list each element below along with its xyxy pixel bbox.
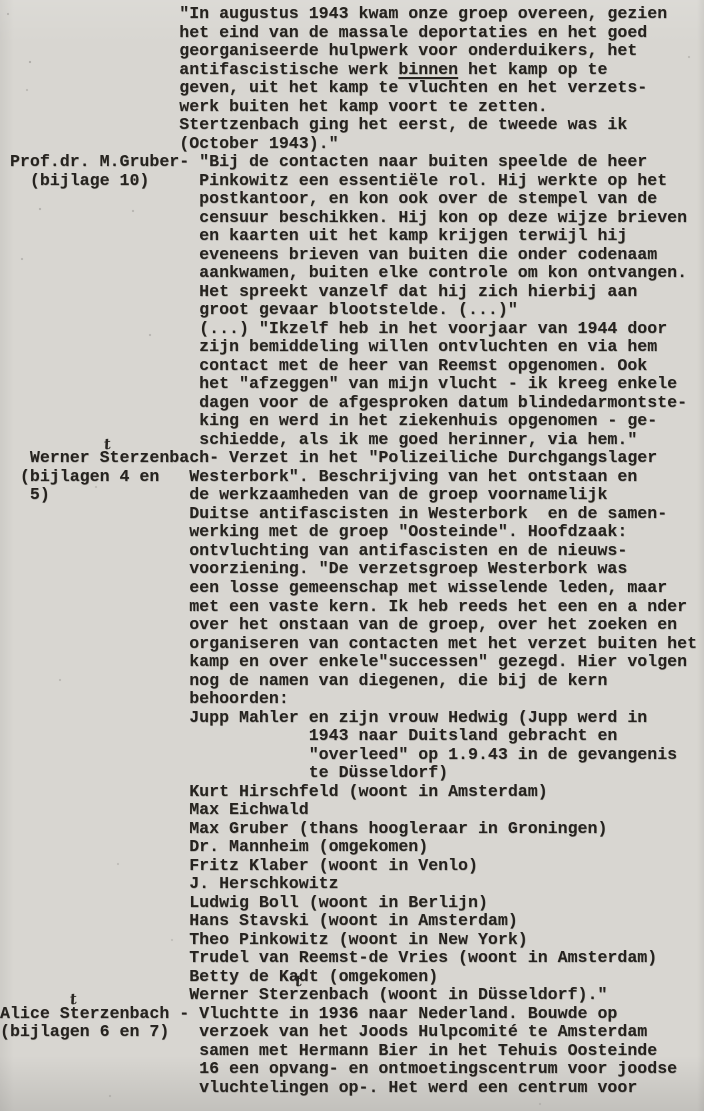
text-line: "In augustus 1943 kwam onze groep overee… <box>0 5 704 24</box>
text-line: samen met Hermann Bier in het Tehuis Oos… <box>0 1042 704 1061</box>
text-segment: georganiseerde hulpwerk voor onderduiker… <box>0 41 637 60</box>
text-segment: Jupp Mahler en zijn vrouw Hedwig (Jupp w… <box>0 708 647 727</box>
text-segment: J. Herschkowitz <box>0 874 339 893</box>
text-line: Jupp Mahler en zijn vrouw Hedwig (Jupp w… <box>0 709 704 728</box>
text-line: Hans Stavski (woont in Amsterdam) <box>0 912 704 931</box>
text-line: "overleed" op 1.9.43 in de gevangenis <box>0 746 704 765</box>
text-segment: aankwamen, buiten elke controle om kon o… <box>0 263 687 282</box>
text-segment: en kaarten uit het kamp krijgen terwijl … <box>0 226 627 245</box>
text-segment: king en werd in het ziekenhuis opgenomen… <box>0 411 657 430</box>
text-line: Dr. Mannheim (omgekomen) <box>0 838 704 857</box>
text-segment: Trudel van Reemst-de Vries (woont in Ams… <box>0 948 657 967</box>
text-segment: Het spreekt vanzelf dat hij zich hierbij… <box>0 282 637 301</box>
text-line: Alice Sterzenbach - Vluchtte in 1936 naa… <box>0 1005 704 1024</box>
text-line: J. Herschkowitz <box>0 875 704 894</box>
text-segment: Theo Pinkowitz (woont in New York) <box>0 930 528 949</box>
text-segment: (bijlagen 6 en 7) verzoek van het Joods … <box>0 1022 647 1041</box>
text-line: Theo Pinkowitz (woont in New York) <box>0 931 704 950</box>
text-line: te Düsseldorf) <box>0 764 704 783</box>
text-line: werking met de groep "Oosteinde". Hoofdz… <box>0 523 704 542</box>
text-segment: nog de namen van diegenen, die bij de ke… <box>0 671 607 690</box>
text-line: Het spreekt vanzelf dat hij zich hierbij… <box>0 283 704 302</box>
text-segment: het eind van de massale deportaties en h… <box>0 23 647 42</box>
text-segment: Duitse antifascisten in Westerbork en de… <box>0 504 667 523</box>
text-line: georganiseerde hulpwerk voor onderduiker… <box>0 42 704 61</box>
text-segment: Ludwig Boll (woont in Berlijn) <box>0 893 488 912</box>
text-line: met een vaste kern. Ik heb reeds het een… <box>0 598 704 617</box>
text-segment: "overleed" op 1.9.43 in de gevangenis <box>0 745 677 764</box>
text-line: het "afzeggen" van mijn vlucht - ik kree… <box>0 375 704 394</box>
text-line: contact met de heer van Reemst opgenomen… <box>0 357 704 376</box>
text-segment: ontvluchting van antifascisten en de nie… <box>0 541 627 560</box>
text-segment: Werner Sterzenbach (woont in Düsseldorf)… <box>0 985 607 1004</box>
text-line: ontvluchting van antifascisten en de nie… <box>0 542 704 561</box>
text-segment: kamp en over enkele"successen" gezegd. H… <box>0 652 687 671</box>
text-line: geven, uit het kamp te vluchten en het v… <box>0 79 704 98</box>
text-segment: behoorden: <box>0 689 289 708</box>
text-segment: contact met de heer van Reemst opgenomen… <box>0 356 647 375</box>
text-line: organiseren van contacten met het verzet… <box>0 635 704 654</box>
text-line: Prof.dr. M.Gruber- "Bij de contacten naa… <box>0 153 704 172</box>
text-line: Max Gruber (thans hoogleraar in Groninge… <box>0 820 704 839</box>
document-scan-page: "In augustus 1943 kwam onze groep overee… <box>0 0 704 1111</box>
text-segment: voorziening. "De verzetsgroep Westerbork… <box>0 559 627 578</box>
text-segment: 5) de werkzaamheden van de groep voornam… <box>0 485 607 504</box>
text-segment: Hans Stavski (woont in Amsterdam) <box>0 911 518 930</box>
text-segment: (...) "Ikzelf heb in het voorjaar van 19… <box>0 319 667 338</box>
text-line: Max Eichwald <box>0 801 704 820</box>
text-line: antifascistische werk binnen het kamp op… <box>0 61 704 80</box>
text-segment: Fritz Klaber (woont in Venlo) <box>0 856 478 875</box>
text-segment: samen met Hermann Bier in het Tehuis Oos… <box>0 1041 657 1060</box>
text-segment: postkantoor, en kon ook over de stempel … <box>0 189 657 208</box>
text-segment: een losse gemeenschap met wisselende led… <box>0 578 667 597</box>
text-segment: werking met de groep "Oosteinde". Hoofdz… <box>0 522 627 541</box>
text-line: kamp en over enkele"successen" gezegd. H… <box>0 653 704 672</box>
text-line: (bijlage 10) Pinkowitz een essentiële ro… <box>0 172 704 191</box>
text-segment: Max Eichwald <box>0 800 309 819</box>
text-line: Kurt Hirschfeld (woont in Amsterdam) <box>0 783 704 802</box>
text-segment: Kurt Hirschfeld (woont in Amsterdam) <box>0 782 548 801</box>
text-segment: (October 1943)." <box>0 134 339 153</box>
text-line: Duitse antifascisten in Westerbork en de… <box>0 505 704 524</box>
text-line: Betty de Kadt (omgekomen) <box>0 968 704 987</box>
underlined-word: binnen <box>398 60 458 79</box>
text-line: Stertzenbach ging het eerst, de tweede w… <box>0 116 704 135</box>
text-segment: geven, uit het kamp te vluchten en het v… <box>0 78 647 97</box>
text-segment: organiseren van contacten met het verzet… <box>0 634 697 653</box>
text-line: Fritz Klaber (woont in Venlo) <box>0 857 704 876</box>
text-segment: Werner Sterzenbach- Verzet in het "Poliz… <box>0 448 657 467</box>
text-segment: Betty de Kadt (omgekomen) <box>0 967 438 986</box>
text-segment: werk buiten het kamp voort te zetten. <box>0 97 548 116</box>
text-line: werk buiten het kamp voort te zetten. <box>0 98 704 117</box>
text-segment: het kamp op te <box>458 60 607 79</box>
text-segment: censuur beschikken. Hij kon op deze wijz… <box>0 208 687 227</box>
text-segment: vluchtelingen op-. Het werd een centrum … <box>0 1078 637 1097</box>
text-segment: groot gevaar blootstelde. (...)" <box>0 300 518 319</box>
text-segment: "In augustus 1943 kwam onze groep overee… <box>0 4 667 23</box>
text-line: voorziening. "De verzetsgroep Westerbork… <box>0 560 704 579</box>
text-line: censuur beschikken. Hij kon op deze wijz… <box>0 209 704 228</box>
text-segment: 16 een opvang- en ontmoetingscentrum voo… <box>0 1059 677 1078</box>
typewriter-text: "In augustus 1943 kwam onze groep overee… <box>0 5 704 1097</box>
text-line: (...) "Ikzelf heb in het voorjaar van 19… <box>0 320 704 339</box>
text-segment: Alice Sterzenbach - Vluchtte in 1936 naa… <box>0 1004 617 1023</box>
text-segment: Max Gruber (thans hoogleraar in Groninge… <box>0 819 607 838</box>
text-segment: Prof.dr. M.Gruber- "Bij de contacten naa… <box>0 152 647 171</box>
text-line: Trudel van Reemst-de Vries (woont in Ams… <box>0 949 704 968</box>
text-line: het eind van de massale deportaties en h… <box>0 24 704 43</box>
text-segment: met een vaste kern. Ik heb reeds het een… <box>0 597 687 616</box>
text-segment: (bijlagen 4 en Westerbork". Beschrijving… <box>0 467 637 486</box>
text-line: groot gevaar blootstelde. (...)" <box>0 301 704 320</box>
text-line: Ludwig Boll (woont in Berlijn) <box>0 894 704 913</box>
text-line: 1943 naar Duitsland gebracht en <box>0 727 704 746</box>
text-line: dagen voor de afgesproken datum blindeda… <box>0 394 704 413</box>
text-segment: Dr. Mannheim (omgekomen) <box>0 837 428 856</box>
text-segment: dagen voor de afgesproken datum blindeda… <box>0 393 687 412</box>
text-segment: antifascistische werk <box>0 60 398 79</box>
text-line: king en werd in het ziekenhuis opgenomen… <box>0 412 704 431</box>
text-segment: eveneens brieven van buiten die onder co… <box>0 245 657 264</box>
text-line: postkantoor, en kon ook over de stempel … <box>0 190 704 209</box>
text-line: zijn bemiddeling willen ontvluchten en v… <box>0 338 704 357</box>
text-line: vluchtelingen op-. Het werd een centrum … <box>0 1079 704 1098</box>
text-segment: schiedde, als ik me goed herinner, via h… <box>0 430 637 449</box>
text-segment: (bijlage 10) Pinkowitz een essentiële ro… <box>0 171 667 190</box>
text-line: (bijlagen 4 en Westerbork". Beschrijving… <box>0 468 704 487</box>
text-segment: te Düsseldorf) <box>0 763 448 782</box>
text-line: behoorden: <box>0 690 704 709</box>
text-line: Werner Sterzenbach (woont in Düsseldorf)… <box>0 986 704 1005</box>
text-line: 16 een opvang- en ontmoetingscentrum voo… <box>0 1060 704 1079</box>
text-segment: over het onstaan van de groep, over het … <box>0 615 677 634</box>
text-line: (October 1943)." <box>0 135 704 154</box>
text-line: 5) de werkzaamheden van de groep voornam… <box>0 486 704 505</box>
text-segment: zijn bemiddeling willen ontvluchten en v… <box>0 337 657 356</box>
text-segment: 1943 naar Duitsland gebracht en <box>0 726 617 745</box>
text-segment: het "afzeggen" van mijn vlucht - ik kree… <box>0 374 677 393</box>
text-line: nog de namen van diegenen, die bij de ke… <box>0 672 704 691</box>
text-line: over het onstaan van de groep, over het … <box>0 616 704 635</box>
text-line: eveneens brieven van buiten die onder co… <box>0 246 704 265</box>
text-line: aankwamen, buiten elke controle om kon o… <box>0 264 704 283</box>
text-line: en kaarten uit het kamp krijgen terwijl … <box>0 227 704 246</box>
text-line: een losse gemeenschap met wisselende led… <box>0 579 704 598</box>
text-line: (bijlagen 6 en 7) verzoek van het Joods … <box>0 1023 704 1042</box>
text-segment: Stertzenbach ging het eerst, de tweede w… <box>0 115 627 134</box>
